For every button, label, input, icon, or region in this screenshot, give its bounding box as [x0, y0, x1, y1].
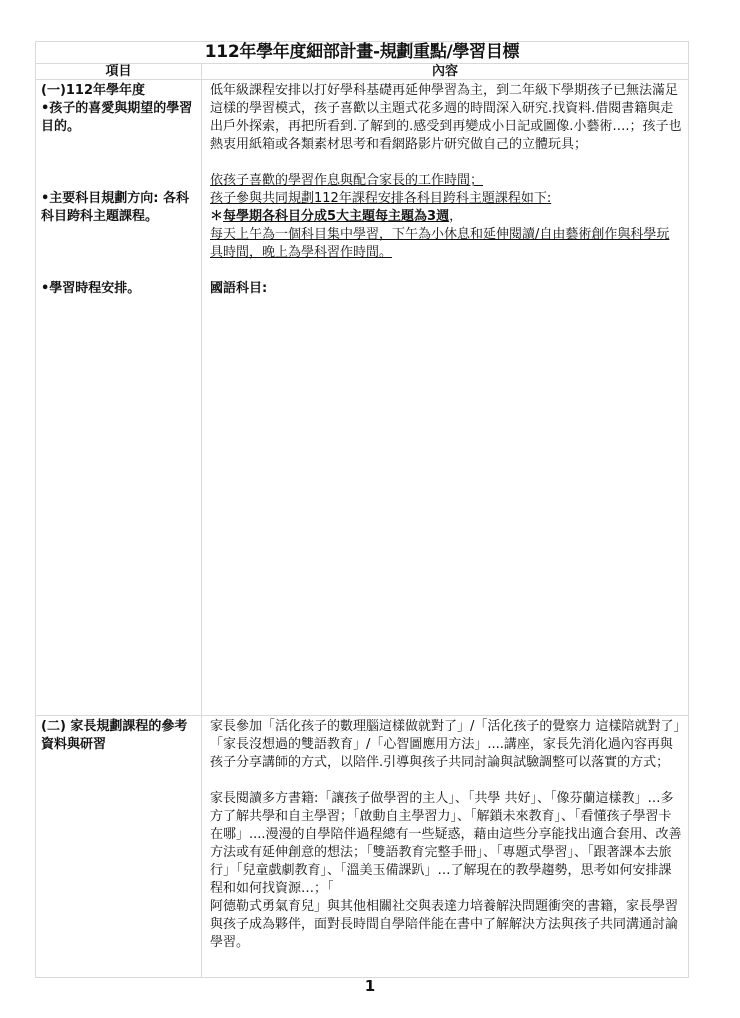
row2-item-cell: (二) 家長規劃課程的參考資料與研習: [36, 716, 202, 978]
row2-heading: (二) 家長規劃課程的參考資料與研習: [41, 718, 197, 754]
column-header-row: 項目 內容: [36, 64, 689, 80]
row2-adler-paragraph: 阿德勒式勇氣育兒」與其他相關社交與表達力培養解決問題衝突的書籍，家長學習與孩子成…: [210, 898, 682, 952]
row1-heading: (一)112年學年度: [41, 82, 197, 100]
plan-theme-text: 每學期各科目分成5大主題每主題為3週: [223, 209, 449, 224]
document-page: 112年學年度細部計畫-規劃重點/學習目標 項目 內容 (一)112年學年度 •…: [0, 0, 740, 1018]
star-icon: ＊: [210, 209, 223, 224]
column-header-item: 項目: [36, 64, 202, 80]
row2-workshops-paragraph: 家長參加「活化孩子的數理腦這樣做就對了」/「活化孩子的覺察力 這樣陪就對了」「家…: [210, 718, 682, 772]
table-row: (二) 家長規劃課程的參考資料與研習 家長參加「活化孩子的數理腦這樣做就對了」/…: [36, 716, 689, 978]
spacer: [41, 226, 197, 280]
row1-bullet-schedule: •學習時程安排。: [41, 280, 197, 298]
plan-line-schedule-basis: 依孩子喜歡的學習作息與配合家長的工作時間；: [210, 172, 682, 190]
table-row: (一)112年學年度 •孩子的喜愛與期望的學習目的。 •主要科目規劃方向: 各科…: [36, 80, 689, 716]
row2-books-paragraph: 家長閱讀多方書籍:「讓孩子做學習的主人」、「共學 共好」、「像芬蘭這樣教」…多方…: [210, 790, 682, 898]
plan-theme-suffix: ，: [449, 209, 462, 224]
row1-bullet-subject-direction: •主要科目規劃方向: 各科科目跨科主題課程。: [41, 190, 197, 226]
title-row: 112年學年度細部計畫-規劃重點/學習目標: [36, 42, 689, 64]
row1-item-cell: (一)112年學年度 •孩子的喜愛與期望的學習目的。 •主要科目規劃方向: 各科…: [36, 80, 202, 716]
spacer: [210, 772, 682, 790]
plan-line-daily-routine: 每天上午為一個科目集中學習，下午為小休息和延伸閱讀/自由藝術創作與科學玩具時間，…: [210, 226, 682, 262]
page-number: 1: [0, 977, 740, 995]
row1-bullet-learning-goal: •孩子的喜愛與期望的學習目的。: [41, 100, 197, 136]
row1-content-cell: 低年級課程安排以打好學科基礎再延伸學習為主，到二年級下學期孩子已無法滿足這樣的學…: [202, 80, 689, 716]
spacer: [210, 154, 682, 172]
row1-interest-paragraph: 低年級課程安排以打好學科基礎再延伸學習為主，到二年級下學期孩子已無法滿足這樣的學…: [210, 82, 682, 154]
row2-content-cell: 家長參加「活化孩子的數理腦這樣做就對了」/「活化孩子的覺察力 這樣陪就對了」「家…: [202, 716, 689, 978]
plan-table: 112年學年度細部計畫-規劃重點/學習目標 項目 內容 (一)112年學年度 •…: [35, 41, 689, 978]
column-header-content: 內容: [202, 64, 689, 80]
document-title: 112年學年度細部計畫-規劃重點/學習目標: [36, 42, 689, 64]
plan-line-themes: ＊每學期各科目分成5大主題每主題為3週，: [210, 208, 682, 226]
spacer: [41, 136, 197, 190]
spacer: [210, 262, 682, 280]
plan-line-joint-planning: 孩子參與共同規劃112年課程安排各科目跨科主題課程如下:: [210, 190, 682, 208]
subject-heading-chinese: 國語科目:: [210, 280, 682, 298]
